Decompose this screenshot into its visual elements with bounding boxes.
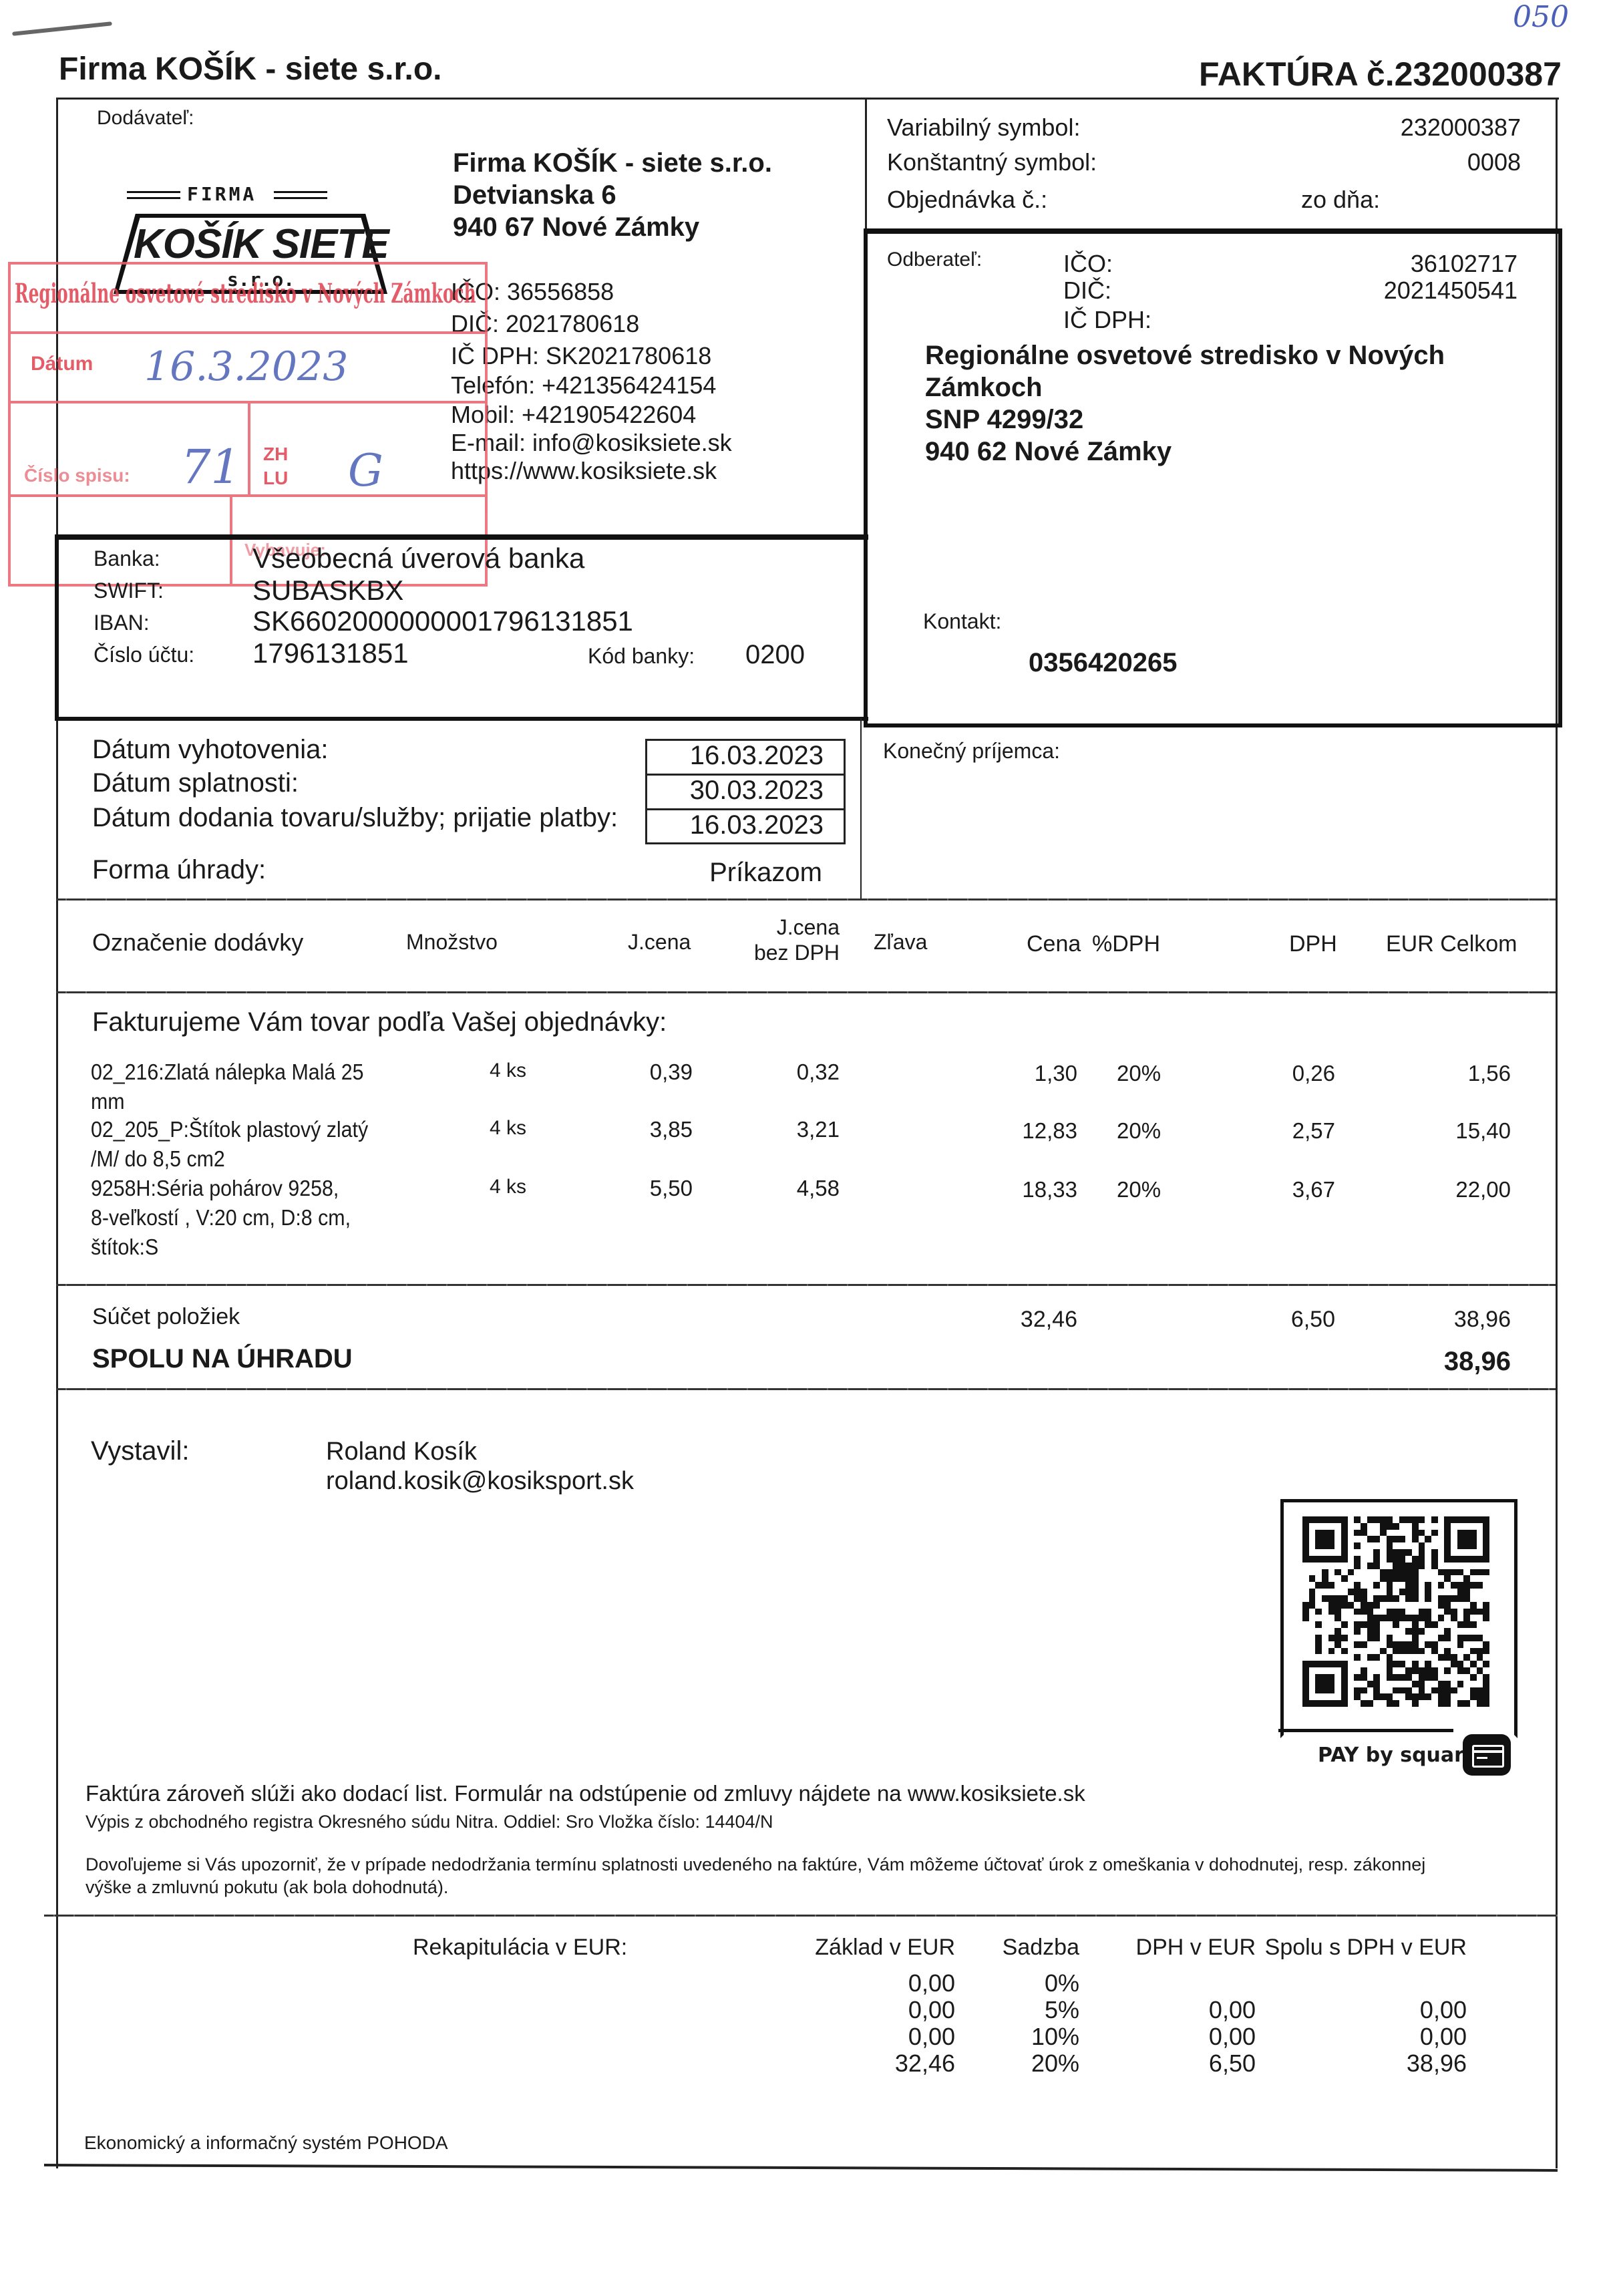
supplier-ic-dph: IČ DPH: SK2021780618: [451, 342, 711, 370]
recap-header: Základ v EUR: [815, 1935, 955, 1961]
bank-value: Všeobecná úverová banka: [252, 542, 584, 575]
customer-name-line1: Regionálne osvetové stredisko v Nových: [925, 341, 1445, 371]
item-price: 1,30: [1035, 1061, 1077, 1086]
rule-notes-bottom: [44, 1915, 1558, 1917]
recap-cell: 0%: [1045, 1969, 1079, 1997]
software-footer: Ekonomický a informačný systém POHODA: [84, 2132, 448, 2154]
variable-symbol-value: 232000387: [1401, 114, 1521, 142]
item-vat: 0,26: [1292, 1061, 1335, 1086]
supplier-name: Firma KOŠÍK - siete s.r.o.: [453, 148, 772, 178]
col-header-vat: DPH: [1289, 931, 1337, 957]
col-header-qty: Množstvo: [406, 930, 498, 955]
recap-header: Spolu s DPH v EUR: [1265, 1935, 1467, 1961]
col-header-discount: Zľava: [874, 930, 927, 955]
qr-caption: PAY by square: [1318, 1744, 1477, 1767]
bank-code-label: Kód banky:: [588, 644, 695, 669]
due-date-label: Dátum splatnosti:: [92, 768, 299, 798]
customer-name-line2: Zámkoch: [925, 373, 1043, 403]
recap-cell: 38,96: [1407, 2049, 1467, 2078]
frame-top: [56, 98, 1559, 100]
supplier-street: Detvianska 6: [453, 180, 616, 210]
constant-symbol-value: 0008: [1467, 148, 1521, 176]
sum-vat: 6,50: [1291, 1307, 1335, 1333]
item-total: 15,40: [1455, 1118, 1511, 1144]
rule-items-header: [56, 991, 1556, 993]
items-intro: Fakturujeme Vám tovar podľa Vašej objedn…: [92, 1007, 667, 1037]
item-unit-price-net: 4,58: [797, 1176, 840, 1201]
note-registry: Výpis z obchodného registra Okresného sú…: [85, 1812, 773, 1832]
sum-total: 38,96: [1454, 1307, 1511, 1333]
item-name-line: štítok:S: [91, 1235, 158, 1260]
supplier-label: Dodávateľ:: [97, 107, 194, 130]
recap-cell: 0,00: [1209, 2023, 1256, 2051]
col-header-name: Označenie dodávky: [92, 929, 303, 957]
iban-value: SK6602000000001796131851: [252, 605, 633, 637]
customer-street: SNP 4299/32: [925, 405, 1083, 435]
sum-price: 32,46: [1021, 1307, 1077, 1333]
customer-ico-value: 36102717: [1411, 250, 1517, 278]
item-price: 12,83: [1022, 1118, 1077, 1144]
final-recipient-label: Konečný príjemca:: [883, 739, 1060, 764]
sum-label: Súčet položiek: [92, 1304, 240, 1330]
issue-date-value: 16.03.2023: [690, 741, 824, 771]
qr-frame-bottom: [1278, 1729, 1453, 1732]
recap-cell: 0,00: [908, 2023, 955, 2051]
supplier-website[interactable]: https://www.kosiksiete.sk: [451, 457, 717, 485]
frame-bottom: [44, 2164, 1558, 2172]
customer-contact-value[interactable]: 0356420265: [1029, 648, 1177, 678]
logo-rule-left: [127, 191, 180, 199]
payment-method-label: Forma úhrady:: [92, 855, 266, 885]
note-delivery: Faktúra zároveň slúži ako dodací list. F…: [85, 1781, 1085, 1806]
customer-label: Odberateľ:: [887, 249, 982, 271]
col-header-total: EUR Celkom: [1386, 931, 1517, 957]
item-qty: 4 ks: [490, 1176, 526, 1198]
item-name-line: 02_205_P:Štítok plastový zlatý: [91, 1117, 368, 1142]
bank-code-value: 0200: [745, 640, 805, 670]
recap-label: Rekapitulácia v EUR:: [413, 1935, 627, 1961]
stamp-date-value: 16.3.2023: [144, 343, 348, 390]
recap-cell: 20%: [1031, 2049, 1079, 2078]
stamp-zh-label: ZH: [263, 444, 288, 465]
pay-by-square-qr-code: [1302, 1516, 1489, 1707]
supplier-city: 940 67 Nové Zámky: [453, 212, 699, 242]
logo-main-text: KOŠÍK SIETE: [134, 220, 389, 268]
col-header-unit-price-net-2: bez DPH: [754, 941, 840, 965]
stamp-rule-3: [11, 494, 485, 497]
order-date-label: zo dňa:: [1301, 186, 1380, 214]
item-unit-price: 0,39: [650, 1059, 693, 1085]
item-name-line: 9258H:Séria pohárov 9258,: [91, 1176, 339, 1201]
item-vat-pct: 20%: [1117, 1177, 1161, 1202]
recap-header: Sadzba: [1003, 1935, 1079, 1961]
item-vat-pct: 20%: [1117, 1118, 1161, 1144]
item-name-line: /M/ do 8,5 cm2: [91, 1146, 225, 1172]
dates-divider: [860, 718, 862, 898]
item-vat-pct: 20%: [1117, 1061, 1161, 1086]
logo-top-text: FIRMA: [187, 183, 256, 205]
note-late-payment-1: Dovoľujeme si Vás upozorniť, že v prípad…: [85, 1854, 1425, 1875]
stamp-initials: G: [348, 445, 383, 496]
symbols-divider: [865, 98, 867, 231]
variable-symbol-label: Variabilný symbol:: [887, 114, 1080, 142]
stamp-lu-label: LU: [263, 468, 288, 489]
item-vat: 3,67: [1292, 1177, 1335, 1202]
item-qty: 4 ks: [490, 1059, 526, 1082]
item-unit-price: 3,85: [650, 1117, 693, 1142]
handwritten-number: 050: [1513, 0, 1569, 34]
col-header-vat-pct: %DPH: [1092, 931, 1160, 957]
customer-city: 940 62 Nové Zámky: [925, 437, 1172, 467]
col-header-unit-price: J.cena: [628, 930, 691, 955]
item-name-line: mm: [91, 1089, 125, 1114]
stamp-divider-1: [248, 401, 250, 494]
delivery-date-label: Dátum dodania tovaru/služby; prijatie pl…: [92, 803, 618, 833]
stamp-date-label: Dátum: [31, 353, 93, 375]
pen-mark: [12, 21, 112, 36]
recap-cell: 0,00: [1420, 2023, 1467, 2051]
customer-ic-dph-label: IČ DPH:: [1063, 306, 1151, 334]
stamp-record-value: 71: [181, 440, 240, 494]
item-unit-price-net: 0,32: [797, 1059, 840, 1085]
company-title: Firma KOŠÍK - siete s.r.o.: [59, 51, 442, 88]
recap-cell: 0,00: [1209, 1996, 1256, 2024]
grand-total-value: 38,96: [1444, 1347, 1511, 1377]
issuer-email[interactable]: roland.kosik@kosiksport.sk: [326, 1467, 634, 1496]
supplier-phone: Telefón: +421356424154: [451, 371, 716, 399]
col-header-unit-price-net-1: J.cena: [777, 915, 840, 940]
stamp-rule-1: [11, 331, 485, 334]
recap-cell: 32,46: [895, 2049, 955, 2078]
constant-symbol-label: Konštantný symbol:: [887, 148, 1097, 176]
item-total: 1,56: [1468, 1061, 1511, 1086]
delivery-date-value: 16.03.2023: [690, 810, 824, 840]
dates-value-box: 16.03.2023 30.03.2023 16.03.2023: [645, 739, 846, 844]
stamp-title: Regionálne osvetové stredisko v Nových Z…: [15, 278, 476, 309]
rule-dates-bottom: [56, 898, 1556, 900]
bank-label: Banka:: [94, 546, 160, 571]
item-unit-price: 5,50: [650, 1176, 693, 1201]
item-name-line: 8-veľkostí , V:20 cm, D:8 cm,: [91, 1205, 351, 1231]
issue-date-label: Dátum vyhotovenia:: [92, 735, 329, 765]
recap-cell: 0,00: [1420, 1996, 1467, 2024]
due-date-value: 30.03.2023: [690, 776, 824, 806]
grand-total-label: SPOLU NA ÚHRADU: [92, 1344, 353, 1374]
item-vat: 2,57: [1292, 1118, 1335, 1144]
recap-header: DPH v EUR: [1136, 1935, 1256, 1961]
iban-label: IBAN:: [94, 611, 150, 635]
customer-dic-value: 2021450541: [1384, 277, 1517, 305]
card-icon-card: [1472, 1745, 1504, 1768]
note-late-payment-2: výške a zmluvnú pokutu (ak bola dohodnut…: [85, 1877, 448, 1898]
rule-items-bottom: [56, 1284, 1556, 1286]
issuer-name: Roland Kosík: [326, 1438, 477, 1466]
issuer-label: Vystavil:: [91, 1436, 189, 1466]
customer-ico-label: IČO:: [1063, 250, 1113, 278]
logo-rule-right: [274, 191, 327, 199]
item-total: 22,00: [1455, 1177, 1511, 1202]
supplier-email[interactable]: E-mail: info@kosiksiete.sk: [451, 429, 732, 457]
order-number-label: Objednávka č.:: [887, 186, 1047, 214]
swift-label: SWIFT:: [94, 579, 164, 603]
col-header-price: Cena: [1027, 931, 1081, 957]
swift-value: SUBASKBX: [252, 575, 403, 607]
rule-totals-bottom: [56, 1388, 1556, 1390]
recap-cell: 6,50: [1209, 2049, 1256, 2078]
recap-cell: 0,00: [908, 1969, 955, 1997]
customer-contact-label: Kontakt:: [923, 609, 1001, 634]
item-qty: 4 ks: [490, 1117, 526, 1140]
account-number-label: Číslo účtu:: [94, 643, 194, 667]
customer-dic-label: DIČ:: [1063, 277, 1111, 305]
item-unit-price-net: 3,21: [797, 1117, 840, 1142]
stamp-record-label: Číslo spisu:: [24, 465, 130, 486]
recap-cell: 10%: [1031, 2023, 1079, 2051]
supplier-mobile: Mobil: +421905422604: [451, 401, 696, 429]
recap-cell: 5%: [1045, 1996, 1079, 2024]
item-price: 18,33: [1022, 1177, 1077, 1202]
invoice-title: FAKTÚRA č.232000387: [1199, 55, 1562, 94]
recap-cell: 0,00: [908, 1996, 955, 2024]
payment-method-value: Príkazom: [709, 858, 822, 888]
account-number-value: 1796131851: [252, 637, 409, 669]
card-icon: [1463, 1734, 1511, 1776]
item-name-line: 02_216:Zlatá nálepka Malá 25: [91, 1059, 363, 1085]
